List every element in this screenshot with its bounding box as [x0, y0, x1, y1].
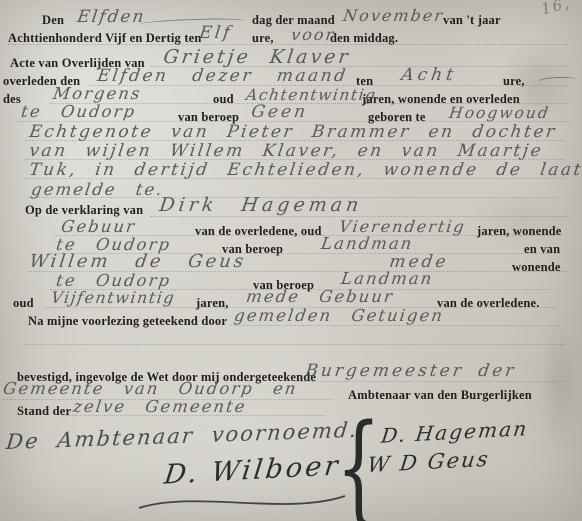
witness1-occupation: Landman [320, 234, 415, 253]
witness1-name: Dirk Hageman [158, 194, 364, 216]
witness1-signature: D. Hageman [380, 416, 530, 448]
signature-flourish [135, 490, 350, 518]
witness2-occupation: Landman [340, 269, 435, 288]
printed-overledene-label: van de overledene. [437, 296, 540, 311]
witness2-signature: W D Geus [366, 447, 491, 477]
death-certificate-document: 16, Den Elfden dag der maand November va… [0, 0, 582, 521]
printed-stand-label: Stand der [17, 404, 71, 419]
month-handwritten: November [342, 6, 445, 25]
death-daypart-handwritten: Morgens [52, 84, 143, 103]
printed-jaren-wonende-label: jaren, wonende [477, 224, 562, 239]
official-title-handwritten: Burgemeester der [304, 361, 518, 381]
paper-smudge [540, 320, 580, 450]
page-corner-mark: 16, [539, 0, 572, 18]
hour-handwritten: Elf [198, 23, 234, 43]
ambtenaar-voornoemd-handwritten: De Ambtenaar voornoemd. [5, 418, 359, 454]
witness2-age: Vijfentwintig [50, 288, 177, 307]
paper-smudge [470, 190, 570, 250]
printed-verklaring-label: Op de verklaring van [25, 203, 143, 218]
occupation-handwritten: Geen [250, 102, 309, 122]
signed-by-handwritten: gemelden Getuigen [233, 306, 445, 325]
printed-jaren-label2: jaren, [196, 296, 229, 311]
printed-middag-label: den middag. [330, 31, 398, 46]
birthplace-handwritten: Hoogwoud [448, 104, 551, 122]
ruled-line [295, 381, 565, 382]
printed-oud-label: oud [213, 92, 234, 107]
printed-jaar-label: van 't jaar [443, 13, 501, 28]
zelve-gemeente-handwritten: zelve Gemeente [72, 397, 248, 416]
ruled-line [230, 325, 560, 326]
printed-voorlezing-label: Na mijne voorlezing geteekend door [28, 314, 227, 329]
death-date-handwritten: Elfden dezer maand [96, 66, 349, 86]
deceased-name: Grietje Klaver [162, 46, 352, 68]
printed-en-van-label: en van [524, 242, 560, 257]
printed-ure-label: ure, [252, 31, 274, 46]
witness1-relation: Gebuur [60, 217, 137, 236]
ruled-line [25, 344, 565, 345]
witness2-name: Willem de Geus [28, 251, 248, 272]
family-line-3: Tuk, in dertijd Echtelieden, wonende de … [28, 160, 582, 180]
gemeente-handwritten: Gemeente van Oudorp en [2, 379, 299, 398]
printed-ure-label2: ure, [503, 74, 525, 89]
printed-overledene-oud-label: van de overledene, oud [195, 224, 322, 239]
witness2-relation: mede Gebuur [245, 287, 395, 306]
family-line-4: gemelde te. [30, 180, 165, 199]
printed-des-label: des [3, 92, 21, 107]
printed-oud-label2: oud [13, 296, 34, 311]
printed-year-words: Achttienhonderd Vijf en Dertig ten [8, 31, 202, 46]
family-line-2: van wijlen Willem Klaver, en van Maartje [28, 141, 545, 161]
death-hour-handwritten: Acht [400, 65, 458, 85]
official-signature: D. Wilboer [162, 450, 342, 490]
printed-den-label: Den [42, 13, 64, 28]
family-line-1: Echtgenote van Pieter Brammer en dochter [28, 122, 558, 142]
printed-wonende-label: wonende [512, 260, 561, 275]
date-day-handwritten: Elfden [76, 7, 147, 27]
residence-handwritten: te Oudorp [20, 102, 137, 121]
